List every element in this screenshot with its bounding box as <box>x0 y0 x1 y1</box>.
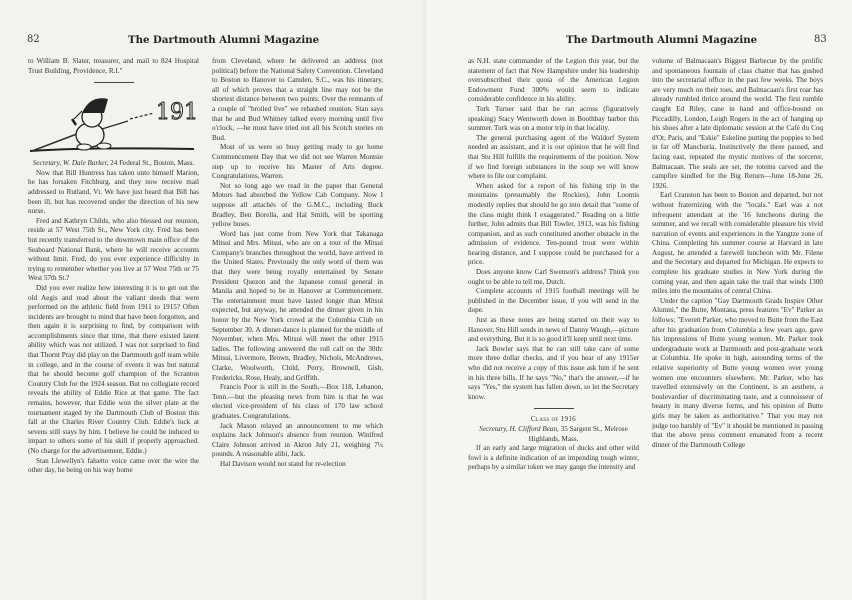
paragraph: Turk Turner said that he ran across (fig… <box>468 105 639 134</box>
paragraph: Most of us were so busy getting ready to… <box>212 143 383 181</box>
svg-text:1915: 1915 <box>156 100 199 125</box>
paragraph: Jack Mason relayed an announcement to me… <box>212 422 383 460</box>
secretary-1915: Secretary, W. Dale Barker, 24 Federal St… <box>28 159 199 169</box>
paragraph: volume of Balmacaan's Biggest Barbecue b… <box>652 57 823 191</box>
paragraph: Stan Llewellyn's falsetto voice came ove… <box>28 457 199 476</box>
column-3: as N.H. state commander of the Legion th… <box>468 57 639 473</box>
section-divider <box>94 82 134 83</box>
paragraph: Does anyone know Carl Swenson's address?… <box>468 268 639 287</box>
page-number-right: 83 <box>814 34 827 45</box>
class-1915-emblem: 1915 <box>28 89 199 157</box>
page-83: The Dartmouth Alumni Magazine 83 as N.H.… <box>426 0 852 600</box>
column-2: from Cleveland, where he delivered an ad… <box>212 57 383 470</box>
page-82: 82 The Dartmouth Alumni Magazine to Will… <box>0 0 430 600</box>
paragraph: Word has just come from New York that Ta… <box>212 230 383 384</box>
paragraph: Hal Davison would not stand for re-elect… <box>212 460 383 470</box>
paragraph: Not so long ago we read in the paper tha… <box>212 182 383 230</box>
paragraph: Did you ever realize how interesting it … <box>28 284 199 457</box>
paragraph: Earl Cranston has been to Boston and dep… <box>652 191 823 297</box>
magazine-spread: 82 The Dartmouth Alumni Magazine to Will… <box>0 0 852 600</box>
paragraph: When asked for a report of his fishing t… <box>468 182 639 268</box>
column-1: to William B. Slater, treasurer, and mai… <box>28 57 199 476</box>
paragraph: Under the caption "Gay Dartmouth Grads I… <box>652 297 823 451</box>
running-title-right: The Dartmouth Alumni Magazine <box>566 34 757 46</box>
paragraph: from Cleveland, where he delivered an ad… <box>212 57 383 143</box>
column-4: volume of Balmacaan's Biggest Barbecue b… <box>652 57 823 450</box>
paragraph: If an early and large migration of ducks… <box>468 444 639 473</box>
paragraph: Just as these notes are being started on… <box>468 316 639 345</box>
paragraph: Jack Bowler says that he can still take … <box>468 345 639 403</box>
paragraph: as N.H. state commander of the Legion th… <box>468 57 639 105</box>
paragraph: Complete accounts of 1915 football meeti… <box>468 287 639 316</box>
paragraph: Fred and Kathryn Childs, who also blesse… <box>28 217 199 284</box>
secretary-1916: Secretary, H. Clifford Bean, 35 Sargent … <box>468 425 639 444</box>
paragraph: Francis Poor is still in the South,—Box … <box>212 383 383 421</box>
class-heading-1916: Class of 1916 <box>468 415 639 425</box>
paragraph: The general purchasing agent of the Wald… <box>468 134 639 182</box>
page-number-left: 82 <box>27 34 40 45</box>
opening-text: to William B. Slater, treasurer, and mai… <box>28 57 199 76</box>
cartoon-1915-emblem-icon: 1915 <box>28 89 199 157</box>
section-divider <box>534 408 574 409</box>
running-title-left: The Dartmouth Alumni Magazine <box>128 34 319 46</box>
paragraph: Now that Bill Huntress has taken unto hi… <box>28 169 199 217</box>
